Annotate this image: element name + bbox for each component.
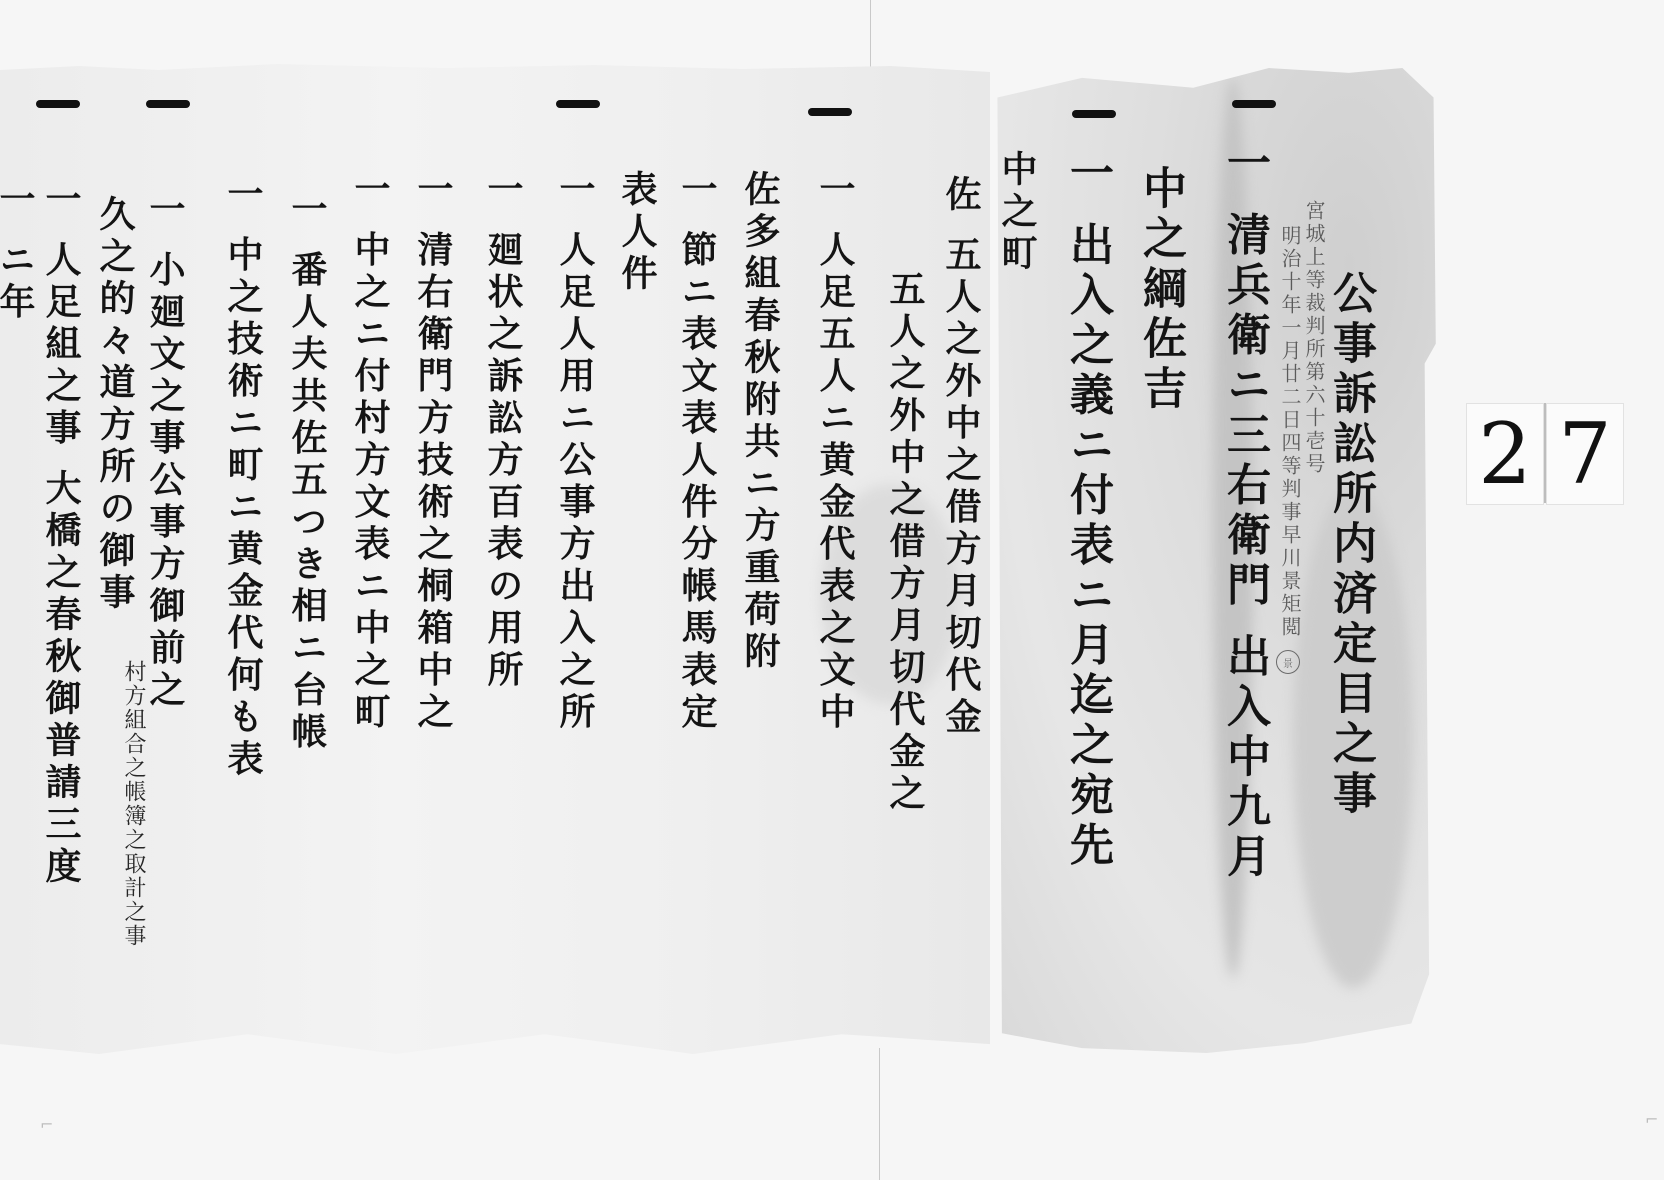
manuscript-column: 五人之外中之借方月切代金之 (880, 270, 931, 816)
item-mark (556, 100, 600, 108)
manuscript-marginal-note: 村方組合之帳簿之取計之事 (118, 660, 149, 948)
manuscript-column: 一 清兵衛ニ三右衛門 出入中九月 (1212, 140, 1276, 883)
manuscript-column: 一 番人夫共佐五つき相ニ台帳 (282, 190, 333, 755)
manuscript-column: 一 節ニ表文表人件分帳馬表定 (672, 170, 723, 735)
mount-fold-line-bottom (879, 1048, 880, 1180)
page-number-digit: 7 (1546, 403, 1624, 505)
manuscript-column: 久之的々道方所の御事 (90, 195, 141, 615)
manuscript-column: 一 小廻文之事公事方御前之 (140, 190, 191, 713)
manuscript-column: 一 廻状之訴訟方百表の用所 (478, 170, 529, 693)
item-mark (146, 100, 190, 108)
manuscript-column: 一 人足組之事 大橋之春秋御普請三度 (36, 180, 87, 889)
manuscript-column: 一 中之技術ニ町ニ黄金代何も表 (218, 175, 269, 782)
manuscript-column: 一 出入之義ニ付表ニ月迄之宛先 (1055, 150, 1119, 871)
item-mark (36, 100, 80, 108)
item-mark (1072, 110, 1116, 118)
manuscript-column: 表人件 (612, 170, 663, 296)
manuscript-column: 一 人足人用ニ公事方出入之所 (550, 170, 601, 735)
manuscript-column: 一 清右衛門方技術之桐箱中之 (408, 170, 459, 735)
manuscript-column: 中之綱佐吉 (1128, 165, 1192, 415)
scan-stage: 公事訴訟所内済定目之事 一 清兵衛ニ三右衛門 出入中九月 中之綱佐吉 一 出入之… (0, 0, 1664, 1180)
manuscript-column: 佐多組春秋附共ニ方重荷附 (735, 170, 786, 674)
page-number: 2 7 (1466, 403, 1624, 503)
item-mark (1232, 100, 1276, 108)
corner-crop-mark: ⌐ (40, 1115, 53, 1134)
manuscript-column: 一 ニ年 (0, 180, 41, 325)
mount-fold-line-top (870, 0, 871, 72)
item-mark (808, 108, 852, 116)
reviewer-seal: 景 (1276, 650, 1300, 674)
manuscript-column: 中之町 (992, 150, 1043, 276)
page-number-digit: 2 (1466, 403, 1544, 505)
manuscript-column: 一 中之ニ付村方文表ニ中之町 (345, 170, 396, 735)
corner-crop-mark: ⌐ (1645, 1110, 1658, 1129)
review-annotation: 明治十年一月廿二日四等判事早川景矩閲 (1276, 225, 1305, 639)
manuscript-column: 佐 五人之外中之借方月切代金 (936, 175, 987, 740)
manuscript-column: 一 人足五人ニ黄金代表之文中 (810, 170, 861, 735)
